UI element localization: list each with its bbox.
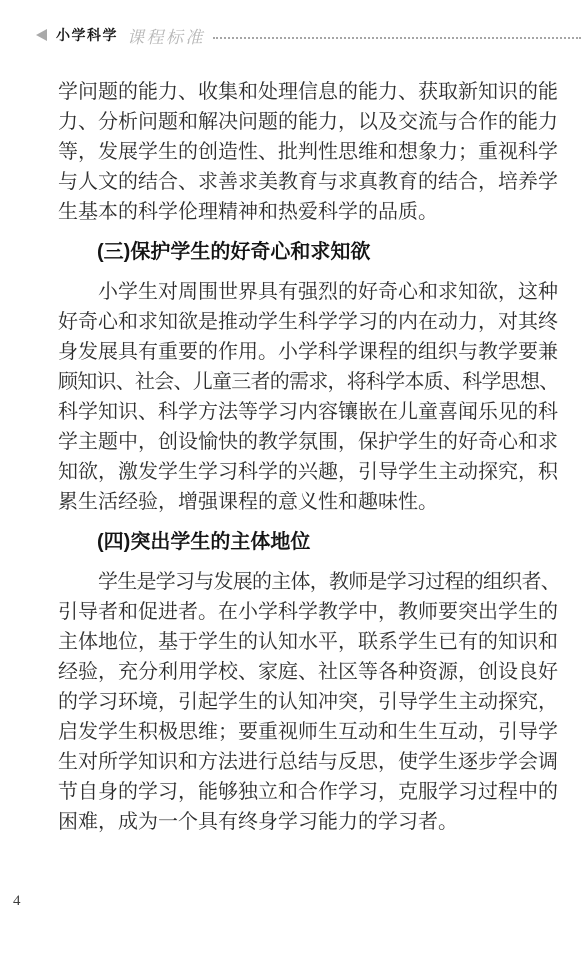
text-line: 累生活经验，增强课程的意义性和趣味性。 bbox=[58, 487, 560, 517]
text-line: 学生是学习与发展的主体，教师是学习过程的组织者、 bbox=[58, 567, 560, 597]
text-line: 困难，成为一个具有终身学习能力的学习者。 bbox=[58, 807, 560, 837]
paragraph-continuation: 学问题的能力、收集和处理信息的能力、获取新知识的能 力、分析问题和解决问题的能力… bbox=[58, 77, 560, 227]
book-page: 小学科学 课程标准 学问题的能力、收集和处理信息的能力、获取新知识的能 力、分析… bbox=[0, 0, 584, 964]
text-line: 知欲，激发学生学习科学的兴趣，引导学生主动探究，积 bbox=[58, 457, 560, 487]
text-line: 学问题的能力、收集和处理信息的能力、获取新知识的能 bbox=[58, 77, 560, 107]
page-number: 4 bbox=[13, 893, 21, 910]
series-title: 小学科学 bbox=[56, 25, 118, 45]
page-content: 学问题的能力、收集和处理信息的能力、获取新知识的能 力、分析问题和解决问题的能力… bbox=[58, 77, 560, 837]
left-triangle-icon bbox=[36, 29, 47, 41]
section-heading-3: (三)保护学生的好奇心和求知欲 bbox=[58, 237, 560, 267]
text-line: 小学生对周围世界具有强烈的好奇心和求知欲，这种 bbox=[58, 277, 560, 307]
text-line: 科学知识、科学方法等学习内容镶嵌在儿童喜闻乐见的科 bbox=[58, 397, 560, 427]
section-heading-4: (四)突出学生的主体地位 bbox=[58, 527, 560, 557]
text-line: 顾知识、社会、儿童三者的需求，将科学本质、科学思想、 bbox=[58, 367, 560, 397]
text-line: 启发学生积极思维；要重视师生互动和生生互动，引导学 bbox=[58, 717, 560, 747]
text-line: 学主题中，创设愉快的教学氛围，保护学生的好奇心和求 bbox=[58, 427, 560, 457]
paragraph-student-agency: 学生是学习与发展的主体，教师是学习过程的组织者、 引导者和促进者。在小学科学教学… bbox=[58, 567, 560, 837]
text-line: 生对所学知识和方法进行总结与反思，使学生逐步学会调 bbox=[58, 747, 560, 777]
paragraph-curiosity: 小学生对周围世界具有强烈的好奇心和求知欲，这种 好奇心和求知欲是推动学生科学学习… bbox=[58, 277, 560, 517]
dotted-leader-line bbox=[213, 37, 581, 39]
text-line: 经验，充分利用学校、家庭、社区等各种资源，创设良好 bbox=[58, 657, 560, 687]
text-line: 节自身的学习，能够独立和合作学习，克服学习过程中的 bbox=[58, 777, 560, 807]
text-line: 好奇心和求知欲是推动学生科学学习的内在动力，对其终 bbox=[58, 307, 560, 337]
text-line: 力、分析问题和解决问题的能力，以及交流与合作的能力 bbox=[58, 107, 560, 137]
series-subtitle: 课程标准 bbox=[127, 23, 205, 48]
text-line: 与人文的结合、求善求美教育与求真教育的结合，培养学 bbox=[58, 167, 560, 197]
text-line: 生基本的科学伦理精神和热爱科学的品质。 bbox=[58, 197, 560, 227]
text-line: 引导者和促进者。在小学科学教学中，教师要突出学生的 bbox=[58, 597, 560, 627]
text-line: 身发展具有重要的作用。小学科学课程的组织与教学要兼 bbox=[58, 337, 560, 367]
text-line: 的学习环境，引起学生的认知冲突，引导学生主动探究， bbox=[58, 687, 560, 717]
text-line: 等，发展学生的创造性、批判性思维和想象力；重视科学 bbox=[58, 137, 560, 167]
page-header: 小学科学 课程标准 bbox=[36, 25, 581, 45]
text-line: 主体地位，基于学生的认知水平，联系学生已有的知识和 bbox=[58, 627, 560, 657]
